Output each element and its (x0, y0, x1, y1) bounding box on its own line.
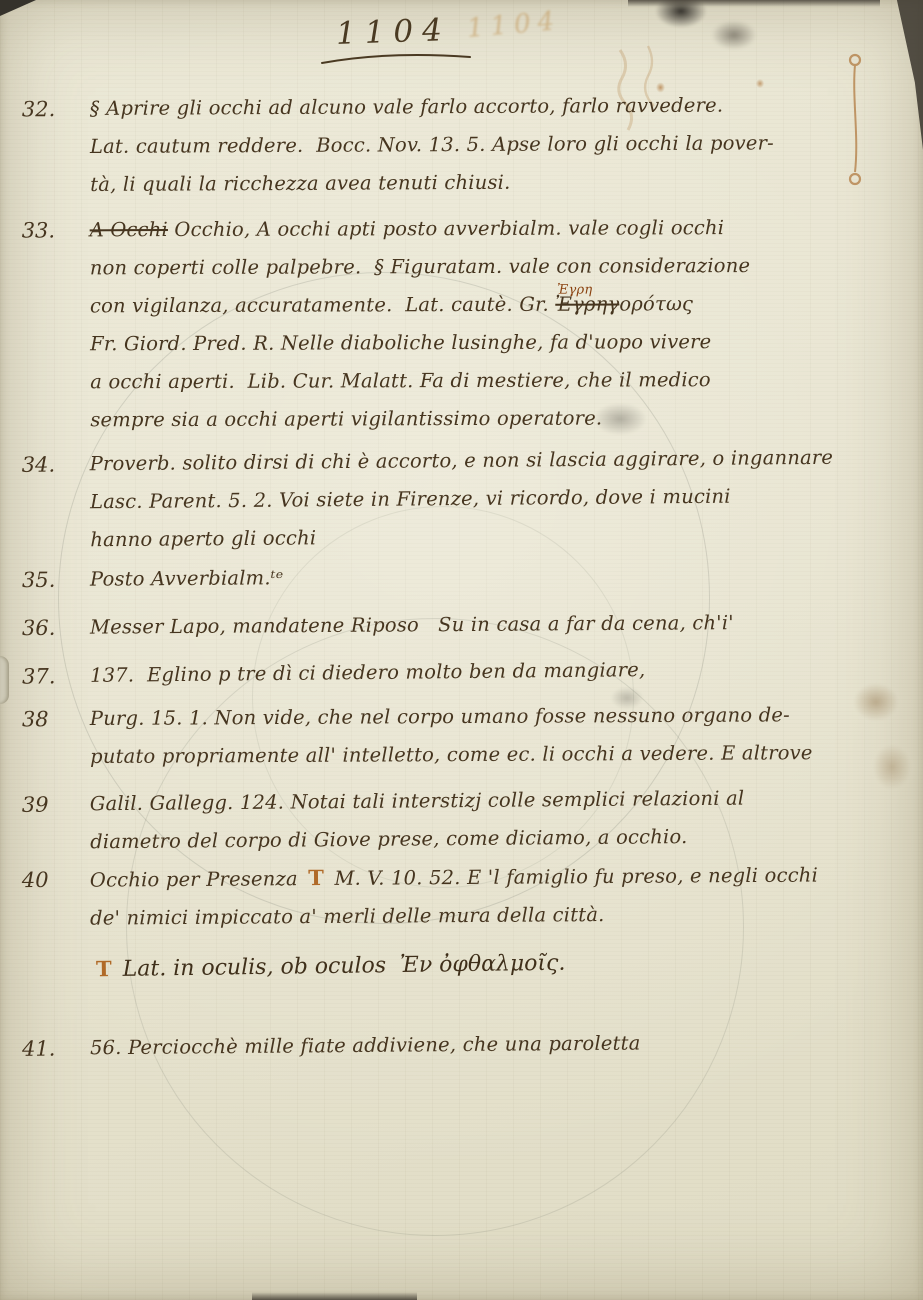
entry-text: Proverb. solito dirsi di chi è accorto, … (90, 438, 911, 559)
entry-text: Purg. 15. 1. Non vide, che nel corpo uma… (90, 696, 910, 776)
entry-number: 38 (22, 700, 90, 776)
entry-line: Fr. Giord. Pred. R. Nelle diaboliche lus… (90, 322, 910, 363)
entry-line: Lat. cautum reddere. Bocc. Nov. 13. 5. A… (90, 124, 910, 166)
entry-text: Posto Avverbialm.ᵗᵉ (90, 555, 910, 599)
correction-superscript: Ἐγρη (557, 272, 592, 310)
entry-number: 33. (22, 211, 91, 439)
entry-line: Messer Lapo, mandatene Riposo Su in casa… (90, 603, 910, 647)
entry-36: 36. Messer Lapo, mandatene Riposo Su in … (22, 603, 910, 647)
struck-text: A Occhi (90, 218, 168, 241)
entry-34: 34. Proverb. solito dirsi di chi è accor… (22, 438, 911, 560)
entry-number: 32. (22, 90, 91, 204)
entry-41: 41. 56. Perciocchè mille fiate addiviene… (22, 1022, 910, 1068)
entry-text: A Occhi Occhio, A occhi apti posto avver… (90, 208, 911, 439)
entry-38: 38 Purg. 15. 1. Non vide, che nel corpo … (22, 696, 910, 777)
entry-number: 41. (22, 1029, 90, 1068)
entry-line-text: con vigilanza, accuratamente. Lat. cautè… (90, 293, 555, 318)
entry-number: 40 (22, 861, 91, 938)
entry-line: hanno aperto gli occhi (90, 514, 910, 559)
entry-39: 39 Galil. Gallegg. 124. Notai tali inter… (22, 778, 911, 862)
entry-text: Occhio per Presenza T M. V. 10. 52. E 'l… (90, 855, 911, 938)
manuscript-scan: 1104 1104 32. § Aprire gli occhi ad alcu… (0, 0, 923, 1300)
entry-line: non coperti colle palpebre. § Figuratam.… (90, 246, 910, 287)
entry-text: Messer Lapo, mandatene Riposo Su in casa… (90, 603, 910, 647)
entry-line: Proverb. solito dirsi di chi è accorto, … (90, 438, 910, 483)
entry-number: 37. (22, 657, 90, 696)
entry-line: Posto Avverbialm.ᵗᵉ (90, 555, 910, 599)
entry-number: 39 (22, 785, 91, 862)
entry-40: 40 Occhio per Presenza T M. V. 10. 52. E… (22, 855, 911, 938)
entry-line: diametro del corpo di Giove prese, come … (90, 816, 910, 861)
entry-line-text: Occhio per Presenza (90, 867, 304, 891)
entry-35: 35. Posto Avverbialm.ᵗᵉ (22, 555, 910, 599)
entry-32: 32. § Aprire gli occhi ad alcuno vale fa… (22, 86, 911, 205)
insertion-mark-icon: T (304, 865, 328, 890)
entry-line: 56. Perciocchè mille fiate addiviene, ch… (90, 1022, 910, 1067)
entry-text: 56. Perciocchè mille fiate addiviene, ch… (90, 1022, 910, 1067)
entry-line: A Occhi Occhio, A occhi apti posto avver… (90, 208, 910, 249)
entry-number: 36. (22, 609, 90, 647)
entry-number: 34. (22, 445, 91, 560)
entry-line: con vigilanza, accuratamente. Lat. cautè… (90, 284, 910, 325)
entry-line-text: ορότως (619, 292, 693, 315)
entry-line: a occhi aperti. Lib. Cur. Malatt. Fa di … (90, 360, 910, 401)
entry-line: tà, li quali la ricchezza avea tenuti ch… (90, 162, 910, 204)
entry-line: § Aprire gli occhi ad alcuno vale farlo … (90, 86, 910, 128)
entry-line: putato propriamente all' intelletto, com… (90, 734, 910, 776)
entry-line-text: M. V. 10. 52. E 'l famiglio fu preso, e … (328, 864, 818, 890)
entry-text: § Aprire gli occhi ad alcuno vale farlo … (90, 86, 911, 204)
entry-line: Occhio per Presenza T M. V. 10. 52. E 'l… (90, 855, 910, 900)
greek-correction: ἘγρηγἘγρη (555, 285, 619, 323)
page-number: 1104 (335, 12, 451, 52)
entry-line-text: Occhio, A occhi apti posto avverbialm. v… (168, 216, 724, 241)
entry-line: de' nimici impiccato a' merli delle mura… (90, 894, 910, 938)
entry-number: 35. (22, 561, 90, 599)
entry-33: 33. A Occhi Occhio, A occhi apti posto a… (22, 208, 911, 439)
entry-text: Galil. Gallegg. 124. Notai tali intersti… (90, 778, 911, 861)
entry-line: Purg. 15. 1. Non vide, che nel corpo uma… (90, 696, 910, 738)
insertion-mark-icon: T (92, 956, 116, 981)
page-number-underline (318, 50, 478, 66)
entry-line: sempre sia a occhi aperti vigilantissimo… (90, 398, 910, 439)
